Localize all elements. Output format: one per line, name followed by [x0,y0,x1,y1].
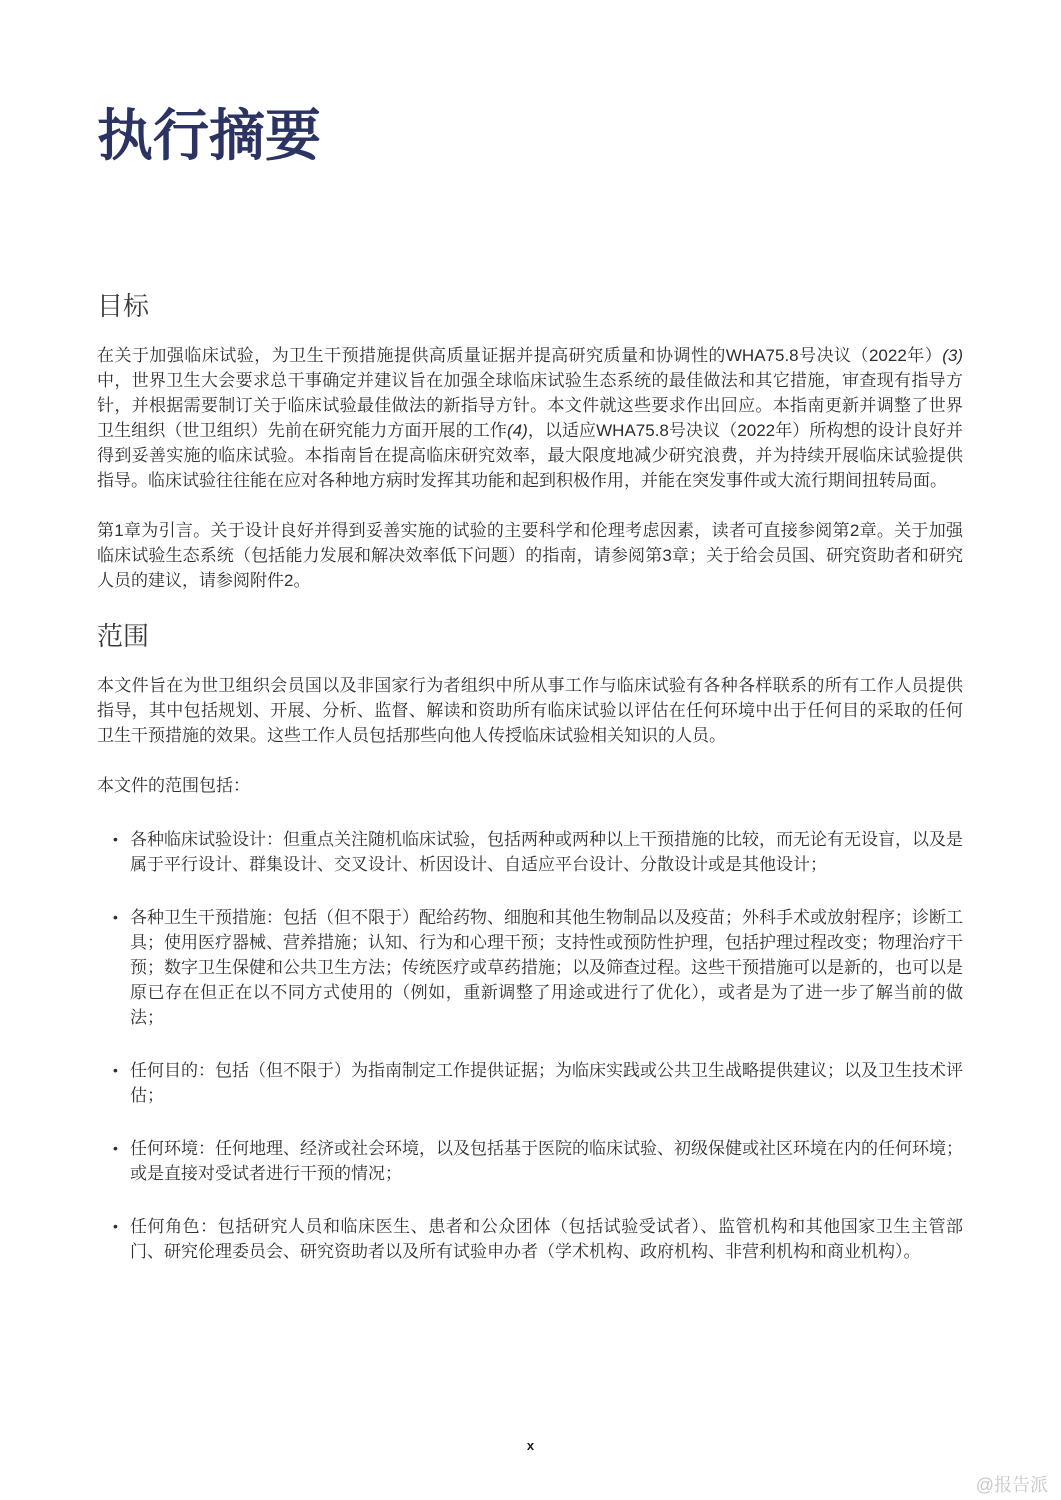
page-title: 执行摘要 [97,104,963,168]
bullet-text-trial-designs: 各种临床试验设计：但重点关注随机临床试验，包括两种或两种以上干预措施的比较，而无… [130,827,963,877]
objectives-paragraph-1: 在关于加强临床试验，为卫生干预措施提供高质量证据并提高研究质量和协调性的WHA7… [97,343,963,493]
bullet-icon: • [97,1214,130,1264]
document-page: 执行摘要 目标 在关于加强临床试验，为卫生干预措施提供高质量证据并提高研究质量和… [0,0,1061,1500]
objectives-paragraph-2: 第1章为引言。关于设计良好并得到妥善实施的试验的主要科学和伦理考虑因素，读者可直… [97,518,963,593]
list-item-any-purpose: • 任何目的：包括（但不限于）为指南制定工作提供证据；为临床实践或公共卫生战略提… [97,1058,963,1108]
bullet-icon: • [97,827,130,877]
bullet-text-health-interventions: 各种卫生干预措施：包括（但不限于）配给药物、细胞和其他生物制品以及疫苗；外科手术… [130,905,963,1030]
scope-intro-line: 本文件的范围包括： [97,773,963,798]
bullet-icon: • [97,1136,130,1186]
bullet-text-any-role: 任何角色：包括研究人员和临床医生、患者和公众团体（包括试验受试者）、监管机构和其… [130,1214,963,1264]
watermark: @报告派 [976,1475,1048,1495]
section-scope: 范围 本文件旨在为世卫组织会员国以及非国家行为者组织中所从事工作与临床试验有各种… [97,618,963,1264]
scope-bullet-list: • 各种临床试验设计：但重点关注随机临床试验，包括两种或两种以上干预措施的比较，… [97,827,963,1264]
list-item-health-interventions: • 各种卫生干预措施：包括（但不限于）配给药物、细胞和其他生物制品以及疫苗；外科… [97,905,963,1030]
list-item-any-setting: • 任何环境：任何地理、经济或社会环境，以及包括基于医院的临床试验、初级保健或社… [97,1136,963,1186]
bullet-icon: • [97,905,130,1030]
page-content: 执行摘要 目标 在关于加强临床试验，为卫生干预措施提供高质量证据并提高研究质量和… [0,0,1061,1264]
bullet-text-any-setting: 任何环境：任何地理、经济或社会环境，以及包括基于医院的临床试验、初级保健或社区环… [130,1136,963,1186]
section-heading-objectives: 目标 [97,288,963,324]
scope-paragraph-1: 本文件旨在为世卫组织会员国以及非国家行为者组织中所从事工作与临床试验有各种各样联… [97,673,963,748]
bullet-text-any-purpose: 任何目的：包括（但不限于）为指南制定工作提供证据；为临床实践或公共卫生战略提供建… [130,1058,963,1108]
section-heading-scope: 范围 [97,618,963,654]
list-item-any-role: • 任何角色：包括研究人员和临床医生、患者和公众团体（包括试验受试者）、监管机构… [97,1214,963,1264]
list-item-trial-designs: • 各种临床试验设计：但重点关注随机临床试验，包括两种或两种以上干预措施的比较，… [97,827,963,877]
section-objectives: 目标 在关于加强临床试验，为卫生干预措施提供高质量证据并提高研究质量和协调性的W… [97,288,963,593]
page-number: x [0,1438,1061,1454]
bullet-icon: • [97,1058,130,1108]
